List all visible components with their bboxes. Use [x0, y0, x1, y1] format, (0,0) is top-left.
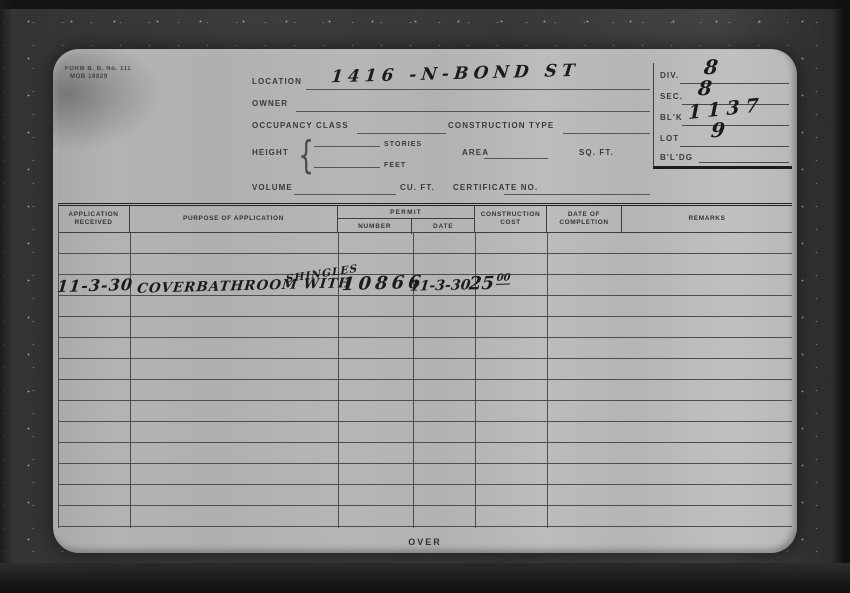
blk-label: BL'K [660, 113, 683, 122]
bldg-rule [699, 162, 789, 163]
table-row [58, 422, 792, 443]
parcel-box: DIV. SEC. BL'K LOT B'L'DG 8 8 1137 9 [653, 63, 792, 169]
volume-unit-label: CU. FT. [400, 183, 435, 192]
sec-value: 8 [697, 78, 713, 98]
film-edge-right [832, 0, 850, 593]
entry-cost: 2500 [468, 274, 511, 293]
film-edge-top [0, 0, 850, 9]
table-left-border [58, 203, 59, 528]
lot-label: LOT [660, 134, 679, 143]
col-permit-group: PERMIT NUMBER DATE [338, 206, 475, 232]
table-row [58, 296, 792, 317]
table-row [58, 359, 792, 380]
construction-type-label: CONSTRUCTION TYPE [448, 121, 554, 130]
volume-rule [294, 194, 396, 195]
table-row [58, 506, 792, 527]
permit-record-card: FORM B. B. No. 111 MOB 19829 LOCATION 14… [53, 49, 797, 553]
table-header-row: APPLICATION RECEIVED PURPOSE OF APPLICAT… [58, 203, 792, 233]
entry-permit-date: 11-3-30 [409, 278, 471, 294]
table-row [58, 338, 792, 359]
occupancy-class-label: OCCUPANCY CLASS [252, 121, 349, 130]
table-row [58, 443, 792, 464]
bldg-label: B'L'DG [660, 153, 693, 162]
area-rule [484, 158, 548, 159]
permit-history-table: APPLICATION RECEIVED PURPOSE OF APPLICAT… [58, 203, 792, 528]
height-brace: { [298, 133, 314, 177]
div-value: 8 [703, 57, 719, 77]
parcel-row-bldg: B'L'DG [654, 145, 792, 166]
certificate-no-label: CERTIFICATE NO. [453, 183, 538, 192]
table-row [58, 380, 792, 401]
area-unit-label: SQ. FT. [579, 148, 614, 157]
div-label: DIV. [660, 71, 679, 80]
col-application-received: APPLICATION RECEIVED [58, 206, 130, 232]
occupancy-class-rule [357, 133, 446, 134]
col-remarks: REMARKS [622, 206, 792, 232]
owner-rule [296, 111, 650, 112]
col-permit-number: NUMBER [338, 219, 412, 234]
table-divider [547, 233, 548, 528]
location-value: 1416 -N-BOND ST [330, 63, 580, 87]
certificate-no-rule [504, 194, 650, 195]
table-row [58, 464, 792, 485]
area-label: AREA [462, 148, 489, 157]
lot-value: 9 [710, 120, 726, 140]
over-label: OVER [53, 537, 797, 547]
table-row [58, 401, 792, 422]
col-purpose: PURPOSE OF APPLICATION [130, 206, 338, 232]
stories-rule [314, 146, 380, 147]
location-rule [306, 89, 650, 90]
film-edge-bottom [0, 563, 850, 593]
entry-received-date: 11-3-30 [56, 277, 133, 295]
table-row [58, 485, 792, 506]
film-edge-left [0, 0, 12, 593]
parcel-row-div: DIV. [654, 63, 792, 84]
entry-cost-dollars: 25 [468, 273, 495, 295]
form-number-line2: MOB 19829 [70, 73, 131, 81]
location-label: LOCATION [252, 77, 302, 86]
stories-label: STORIES [384, 141, 422, 148]
height-label: HEIGHT [252, 148, 289, 157]
col-date-of-completion: DATE OF COMPLETION [547, 206, 622, 232]
construction-type-rule [563, 133, 650, 134]
entry-cost-cents: 00 [496, 272, 511, 284]
col-permit-date: DATE [412, 219, 474, 234]
form-number-stamp: FORM B. B. No. 111 MOB 19829 [65, 65, 131, 81]
table-row [58, 317, 792, 338]
volume-label: VOLUME [252, 183, 293, 192]
table-row [58, 233, 792, 254]
feet-label: FEET [384, 162, 406, 169]
sec-label: SEC. [660, 92, 683, 101]
col-construction-cost: CONSTRUCTION COST [475, 206, 547, 232]
form-number-line1: FORM B. B. No. 111 [65, 65, 131, 73]
col-permit: PERMIT [338, 206, 474, 219]
owner-label: OWNER [252, 99, 288, 108]
feet-rule [314, 167, 380, 168]
